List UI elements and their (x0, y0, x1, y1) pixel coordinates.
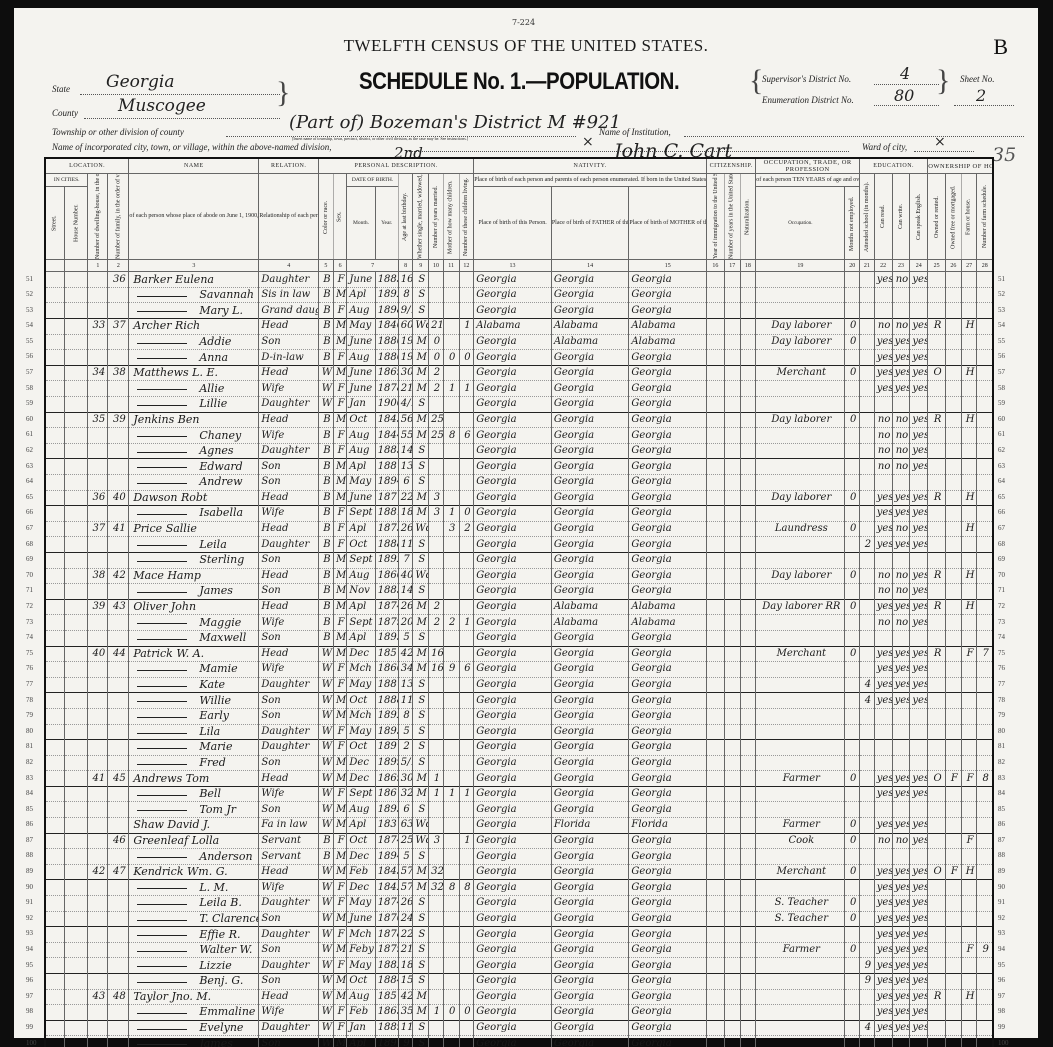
line-number: 63 (998, 462, 1005, 470)
birthplace-mother-cell: Georgia (629, 786, 707, 802)
house-cell (65, 459, 88, 475)
free-mortgaged-cell (946, 319, 962, 335)
sex-cell: M (333, 802, 347, 818)
mother-of-cell (443, 677, 459, 693)
occupation-cell (756, 1036, 845, 1047)
line-number: 100 (26, 1039, 37, 1047)
relation-cell: Son (259, 334, 319, 350)
birthplace-father-cell: Georgia (551, 662, 629, 678)
birthplace-person-cell: Georgia (474, 584, 552, 600)
column-number: 26 (946, 260, 962, 272)
house-cell (65, 365, 88, 381)
can-read-cell: yes (874, 864, 892, 880)
street-cell (45, 272, 65, 288)
age-cell: 24 (398, 911, 413, 927)
street-cell (45, 303, 65, 319)
birth-year-cell: 1888 (375, 693, 398, 709)
can-write-cell: no (892, 521, 910, 537)
header-in-cities: IN CITIES. (45, 174, 88, 187)
street-cell (45, 927, 65, 943)
line-number: 74 (26, 633, 33, 641)
farm-house-cell (961, 552, 977, 568)
children-living-cell (459, 958, 474, 974)
color-cell: W (319, 1036, 334, 1047)
years-married-cell: 25 (429, 412, 444, 428)
person-name-cell: Price Sallie (129, 521, 259, 537)
speaks-english-cell (910, 755, 928, 771)
street-cell (45, 365, 65, 381)
birth-month-cell: Oct (347, 693, 375, 709)
speaks-english-cell: yes (910, 974, 928, 990)
person-name-cell: Patrick W. A. (129, 646, 259, 662)
age-cell: 22 (398, 927, 413, 943)
years-in-us-cell (724, 1036, 740, 1047)
years-married-cell (429, 708, 444, 724)
color-cell: W (319, 802, 334, 818)
enumeration-value: 80 (894, 86, 914, 105)
owned-rented-cell (928, 818, 946, 834)
age-cell: 5 (398, 849, 413, 865)
family-number-cell (108, 880, 129, 896)
family-number-cell: 44 (108, 646, 129, 662)
relation-cell: Wife (259, 428, 319, 444)
farm-schedule-cell (977, 350, 993, 366)
birth-year-cell: 1897 (375, 740, 398, 756)
birth-year-cell: 1882 (375, 958, 398, 974)
occupation-cell (756, 1005, 845, 1021)
naturalization-cell (740, 365, 756, 381)
can-read-cell: yes (874, 693, 892, 709)
line-number: 69 (998, 555, 1005, 563)
dwelling-number-cell (88, 677, 108, 693)
children-living-cell (459, 303, 474, 319)
can-write-cell (892, 708, 910, 724)
header-nativity: NATIVITY. (474, 158, 707, 174)
sex-cell: M (333, 599, 347, 615)
farm-house-cell (961, 755, 977, 771)
immigration-year-cell (707, 475, 725, 491)
age-cell: 7 (398, 552, 413, 568)
farm-house-cell (961, 584, 977, 600)
can-write-cell: no (892, 443, 910, 459)
birthplace-mother-cell: Georgia (629, 303, 707, 319)
free-mortgaged-cell (946, 303, 962, 319)
birth-month-cell: Apl (347, 1036, 375, 1047)
years-in-us-cell (724, 693, 740, 709)
years-in-us-cell (724, 911, 740, 927)
family-number-cell: 37 (108, 319, 129, 335)
township-value: (Part of) Bozeman's District M #921 (289, 112, 621, 133)
years-married-cell (429, 475, 444, 491)
occupation-cell: Laundress (756, 521, 845, 537)
speaks-english-cell: yes (910, 443, 928, 459)
years-in-us-cell (724, 849, 740, 865)
birthplace-father-cell: Georgia (551, 397, 629, 413)
years-in-us-cell (724, 974, 740, 990)
school-months-cell (860, 303, 875, 319)
header-month: Month. (347, 187, 375, 260)
naturalization-cell (740, 818, 756, 834)
line-number: 87 (26, 836, 33, 844)
line-number: 63 (26, 462, 33, 470)
birth-month-cell: May (347, 319, 375, 335)
birth-month-cell: Dec (347, 849, 375, 865)
street-cell (45, 287, 65, 303)
birth-month-cell: Jan (347, 397, 375, 413)
header-mother-of: Mother of how many children. (443, 174, 459, 260)
line-number: 70 (26, 571, 33, 579)
age-cell: 13 (398, 459, 413, 475)
dwelling-number-cell (88, 802, 108, 818)
dwelling-number-cell (88, 833, 108, 849)
street-cell (45, 319, 65, 335)
farm-schedule-cell (977, 974, 993, 990)
birthplace-mother-cell: Georgia (629, 287, 707, 303)
sex-cell: M (333, 849, 347, 865)
line-number: 86 (998, 820, 1005, 828)
family-number-cell (108, 475, 129, 491)
sex-cell: M (333, 490, 347, 506)
sex-cell: F (333, 521, 347, 537)
birth-year-cell: 1873 (375, 521, 398, 537)
family-number-cell (108, 1036, 129, 1047)
farm-schedule-cell (977, 584, 993, 600)
birth-year-cell: 1837 (375, 818, 398, 834)
birthplace-father-cell: Georgia (551, 724, 629, 740)
birthplace-father-cell: Georgia (551, 475, 629, 491)
children-living-cell (459, 802, 474, 818)
farm-schedule-cell (977, 521, 993, 537)
house-cell (65, 693, 88, 709)
months-unemployed-cell (845, 1020, 860, 1036)
birthplace-mother-cell: Georgia (629, 521, 707, 537)
children-living-cell (459, 942, 474, 958)
birthplace-mother-cell: Florida (629, 818, 707, 834)
relation-cell: Son (259, 708, 319, 724)
house-cell (65, 818, 88, 834)
mother-of-cell: 2 (443, 615, 459, 631)
years-married-cell: 21 (429, 319, 444, 335)
dwelling-number-cell (88, 958, 108, 974)
immigration-year-cell (707, 319, 725, 335)
school-months-cell: 9 (860, 974, 875, 990)
farm-house-cell (961, 724, 977, 740)
naturalization-cell (740, 911, 756, 927)
birthplace-father-cell: Georgia (551, 381, 629, 397)
header-free: Owned free or mortgaged. (946, 174, 962, 260)
sex-cell: F (333, 958, 347, 974)
line-number: 77 (26, 680, 33, 688)
months-unemployed-cell (845, 677, 860, 693)
house-cell (65, 334, 88, 350)
farm-house-cell (961, 849, 977, 865)
birthplace-person-cell: Alabama (474, 319, 552, 335)
family-number-cell (108, 381, 129, 397)
speaks-english-cell (910, 397, 928, 413)
can-read-cell: yes (874, 646, 892, 662)
farm-house-cell: H (961, 521, 977, 537)
birth-year-cell: 1887 (375, 677, 398, 693)
naturalization-cell (740, 443, 756, 459)
occupation-cell (756, 615, 845, 631)
immigration-year-cell (707, 927, 725, 943)
person-name-cell: Andrews Tom (129, 771, 259, 787)
family-number-cell (108, 927, 129, 943)
sex-cell: F (333, 724, 347, 740)
can-read-cell: yes (874, 818, 892, 834)
birthplace-person-cell: Georgia (474, 490, 552, 506)
farm-schedule-cell (977, 287, 993, 303)
school-months-cell (860, 584, 875, 600)
speaks-english-cell (910, 708, 928, 724)
birthplace-mother-cell: Georgia (629, 584, 707, 600)
speaks-english-cell: yes (910, 381, 928, 397)
birthplace-person-cell: Georgia (474, 459, 552, 475)
immigration-year-cell (707, 740, 725, 756)
marital-status-cell: M (413, 334, 429, 350)
farm-schedule-cell: 9 (977, 942, 993, 958)
street-cell (45, 1005, 65, 1021)
house-cell (65, 864, 88, 880)
dwelling-number-cell (88, 381, 108, 397)
can-read-cell (874, 724, 892, 740)
birth-year-cell: 1857 (375, 989, 398, 1005)
marital-status-cell: M (413, 662, 429, 678)
years-in-us-cell (724, 459, 740, 475)
relation-cell: Son (259, 552, 319, 568)
school-months-cell (860, 459, 875, 475)
relation-cell: Head (259, 989, 319, 1005)
family-number-cell (108, 459, 129, 475)
months-unemployed-cell (845, 630, 860, 646)
years-in-us-cell (724, 303, 740, 319)
can-read-cell: yes (874, 272, 892, 288)
table-row: LillieDaughterWFJan19004/12SGeorgiaGeorg… (45, 397, 993, 413)
house-cell (65, 1036, 88, 1047)
can-write-cell: no (892, 272, 910, 288)
family-number-cell (108, 443, 129, 459)
farm-schedule-cell (977, 319, 993, 335)
farm-schedule-cell (977, 1005, 993, 1021)
occupation-cell: Day laborer (756, 412, 845, 428)
dwelling-number-cell (88, 1005, 108, 1021)
birthplace-mother-cell: Georgia (629, 365, 707, 381)
speaks-english-cell: yes (910, 833, 928, 849)
color-cell: B (319, 272, 334, 288)
marital-status-cell: S (413, 287, 429, 303)
farm-house-cell (961, 662, 977, 678)
can-write-cell: yes (892, 693, 910, 709)
mother-of-cell (443, 989, 459, 1005)
children-living-cell (459, 397, 474, 413)
birthplace-father-cell: Georgia (551, 958, 629, 974)
person-name-cell: Leila (129, 537, 259, 553)
speaks-english-cell: yes (910, 615, 928, 631)
children-living-cell (459, 630, 474, 646)
speaks-english-cell: yes (910, 319, 928, 335)
relation-cell: Wife (259, 1005, 319, 1021)
free-mortgaged-cell (946, 786, 962, 802)
years-married-cell (429, 568, 444, 584)
birth-year-cell: 1880 (375, 334, 398, 350)
dwelling-number-cell (88, 974, 108, 990)
header-personal-description: PERSONAL DESCRIPTION. (319, 158, 474, 174)
owned-rented-cell (928, 942, 946, 958)
owned-rented-cell: R (928, 989, 946, 1005)
sex-cell: M (333, 475, 347, 491)
months-unemployed-cell (845, 350, 860, 366)
birth-year-cell: 1885 (375, 443, 398, 459)
naturalization-cell (740, 287, 756, 303)
house-cell (65, 412, 88, 428)
mother-of-cell (443, 693, 459, 709)
owned-rented-cell (928, 1020, 946, 1036)
column-number: 20 (845, 260, 860, 272)
naturalization-cell (740, 381, 756, 397)
dwelling-number-cell (88, 740, 108, 756)
years-married-cell (429, 974, 444, 990)
children-living-cell (459, 1020, 474, 1036)
birth-year-cell: 1866 (375, 662, 398, 678)
months-unemployed-cell (845, 475, 860, 491)
person-name-cell: Maggie (129, 615, 259, 631)
months-unemployed-cell (845, 662, 860, 678)
immigration-year-cell (707, 412, 725, 428)
farm-house-cell (961, 459, 977, 475)
birth-month-cell: May (347, 896, 375, 912)
years-in-us-cell (724, 927, 740, 943)
color-cell: B (319, 833, 334, 849)
table-row: MamieWifeWFMch186634M1696GeorgiaGeorgiaG… (45, 662, 993, 678)
can-write-cell: yes (892, 599, 910, 615)
years-in-us-cell (724, 818, 740, 834)
line-number: 79 (998, 711, 1005, 719)
table-row: 3337Archer RichHeadBMMay184060Wd211Alaba… (45, 319, 993, 335)
mother-of-cell (443, 412, 459, 428)
dwelling-number-cell (88, 630, 108, 646)
birthplace-father-cell: Georgia (551, 771, 629, 787)
color-cell: W (319, 755, 334, 771)
header-pob-mother: Place of birth of MOTHER of this person. (629, 187, 707, 260)
can-read-cell: yes (874, 771, 892, 787)
table-row: 4247Kendrick Wm. G.HeadWMFeb184357M32Geo… (45, 864, 993, 880)
street-cell (45, 740, 65, 756)
table-row: BellWifeWFSept186732M111GeorgiaGeorgiaGe… (45, 786, 993, 802)
header-months-unemployed: Months not employed. (845, 187, 860, 260)
street-cell (45, 786, 65, 802)
years-in-us-cell (724, 708, 740, 724)
table-row: FredSonWMDec18995/12SGeorgiaGeorgiaGeorg… (45, 755, 993, 771)
can-read-cell: no (874, 412, 892, 428)
supervisor-value: 4 (900, 64, 910, 83)
years-married-cell (429, 287, 444, 303)
person-name-cell: Greenleaf Lolla (129, 833, 259, 849)
line-number: 56 (26, 352, 33, 360)
marital-status-cell: S (413, 1020, 429, 1036)
speaks-english-cell (910, 1036, 928, 1047)
months-unemployed-cell: 0 (845, 599, 860, 615)
school-months-cell (860, 350, 875, 366)
mother-of-cell: 3 (443, 521, 459, 537)
age-cell: 18 (398, 506, 413, 522)
can-write-cell (892, 724, 910, 740)
marital-status-cell: S (413, 537, 429, 553)
line-number: 78 (26, 696, 33, 704)
months-unemployed-cell (845, 443, 860, 459)
color-cell: B (319, 490, 334, 506)
sex-cell: F (333, 350, 347, 366)
immigration-year-cell (707, 693, 725, 709)
naturalization-cell (740, 615, 756, 631)
naturalization-cell (740, 350, 756, 366)
school-months-cell (860, 740, 875, 756)
column-number: 19 (756, 260, 845, 272)
children-living-cell: 6 (459, 428, 474, 444)
age-cell: 55 (398, 428, 413, 444)
birthplace-father-cell: Georgia (551, 989, 629, 1005)
immigration-year-cell (707, 428, 725, 444)
can-read-cell (874, 287, 892, 303)
birth-month-cell: Oct (347, 537, 375, 553)
birthplace-father-cell: Georgia (551, 942, 629, 958)
age-cell: 5 (398, 724, 413, 740)
census-title: TWELFTH CENSUS OF THE UNITED STATES. (14, 36, 1038, 56)
table-row: Benj. G.SonWMOct188415SGeorgiaGeorgiaGeo… (45, 974, 993, 990)
naturalization-cell (740, 319, 756, 335)
age-cell: 22 (398, 490, 413, 506)
color-cell: W (319, 911, 334, 927)
color-cell: B (319, 319, 334, 335)
table-row: AllieWifeWFJune187821M211GeorgiaGeorgiaG… (45, 381, 993, 397)
person-name-cell: Lizzie (129, 958, 259, 974)
birthplace-father-cell: Georgia (551, 287, 629, 303)
can-write-cell (892, 755, 910, 771)
owned-rented-cell (928, 849, 946, 865)
house-cell (65, 552, 88, 568)
occupation-cell (756, 880, 845, 896)
farm-house-cell: H (961, 864, 977, 880)
farm-house-cell: H (961, 568, 977, 584)
person-name-cell: L. M. (129, 880, 259, 896)
owned-rented-cell (928, 506, 946, 522)
months-unemployed-cell: 0 (845, 864, 860, 880)
birthplace-mother-cell: Alabama (629, 334, 707, 350)
sex-cell: M (333, 584, 347, 600)
farm-schedule-cell (977, 475, 993, 491)
birth-month-cell: June (347, 911, 375, 927)
farm-schedule-cell: 7 (977, 646, 993, 662)
birth-month-cell: Dec (347, 880, 375, 896)
naturalization-cell (740, 459, 756, 475)
months-unemployed-cell (845, 303, 860, 319)
person-name-cell: Early (129, 708, 259, 724)
naturalization-cell (740, 771, 756, 787)
person-name-cell: Walter W. (129, 942, 259, 958)
color-cell: B (319, 584, 334, 600)
speaks-english-cell: yes (910, 428, 928, 444)
owned-rented-cell: R (928, 490, 946, 506)
naturalization-cell (740, 880, 756, 896)
children-living-cell (459, 896, 474, 912)
owned-rented-cell: O (928, 771, 946, 787)
dwelling-number-cell (88, 724, 108, 740)
years-in-us-cell (724, 365, 740, 381)
person-name-cell: Anderson (129, 849, 259, 865)
speaks-english-cell (910, 303, 928, 319)
birthplace-father-cell: Georgia (551, 412, 629, 428)
farm-house-cell (961, 443, 977, 459)
table-row: AndrewSonBMMay18946SGeorgiaGeorgiaGeorgi… (45, 475, 993, 491)
